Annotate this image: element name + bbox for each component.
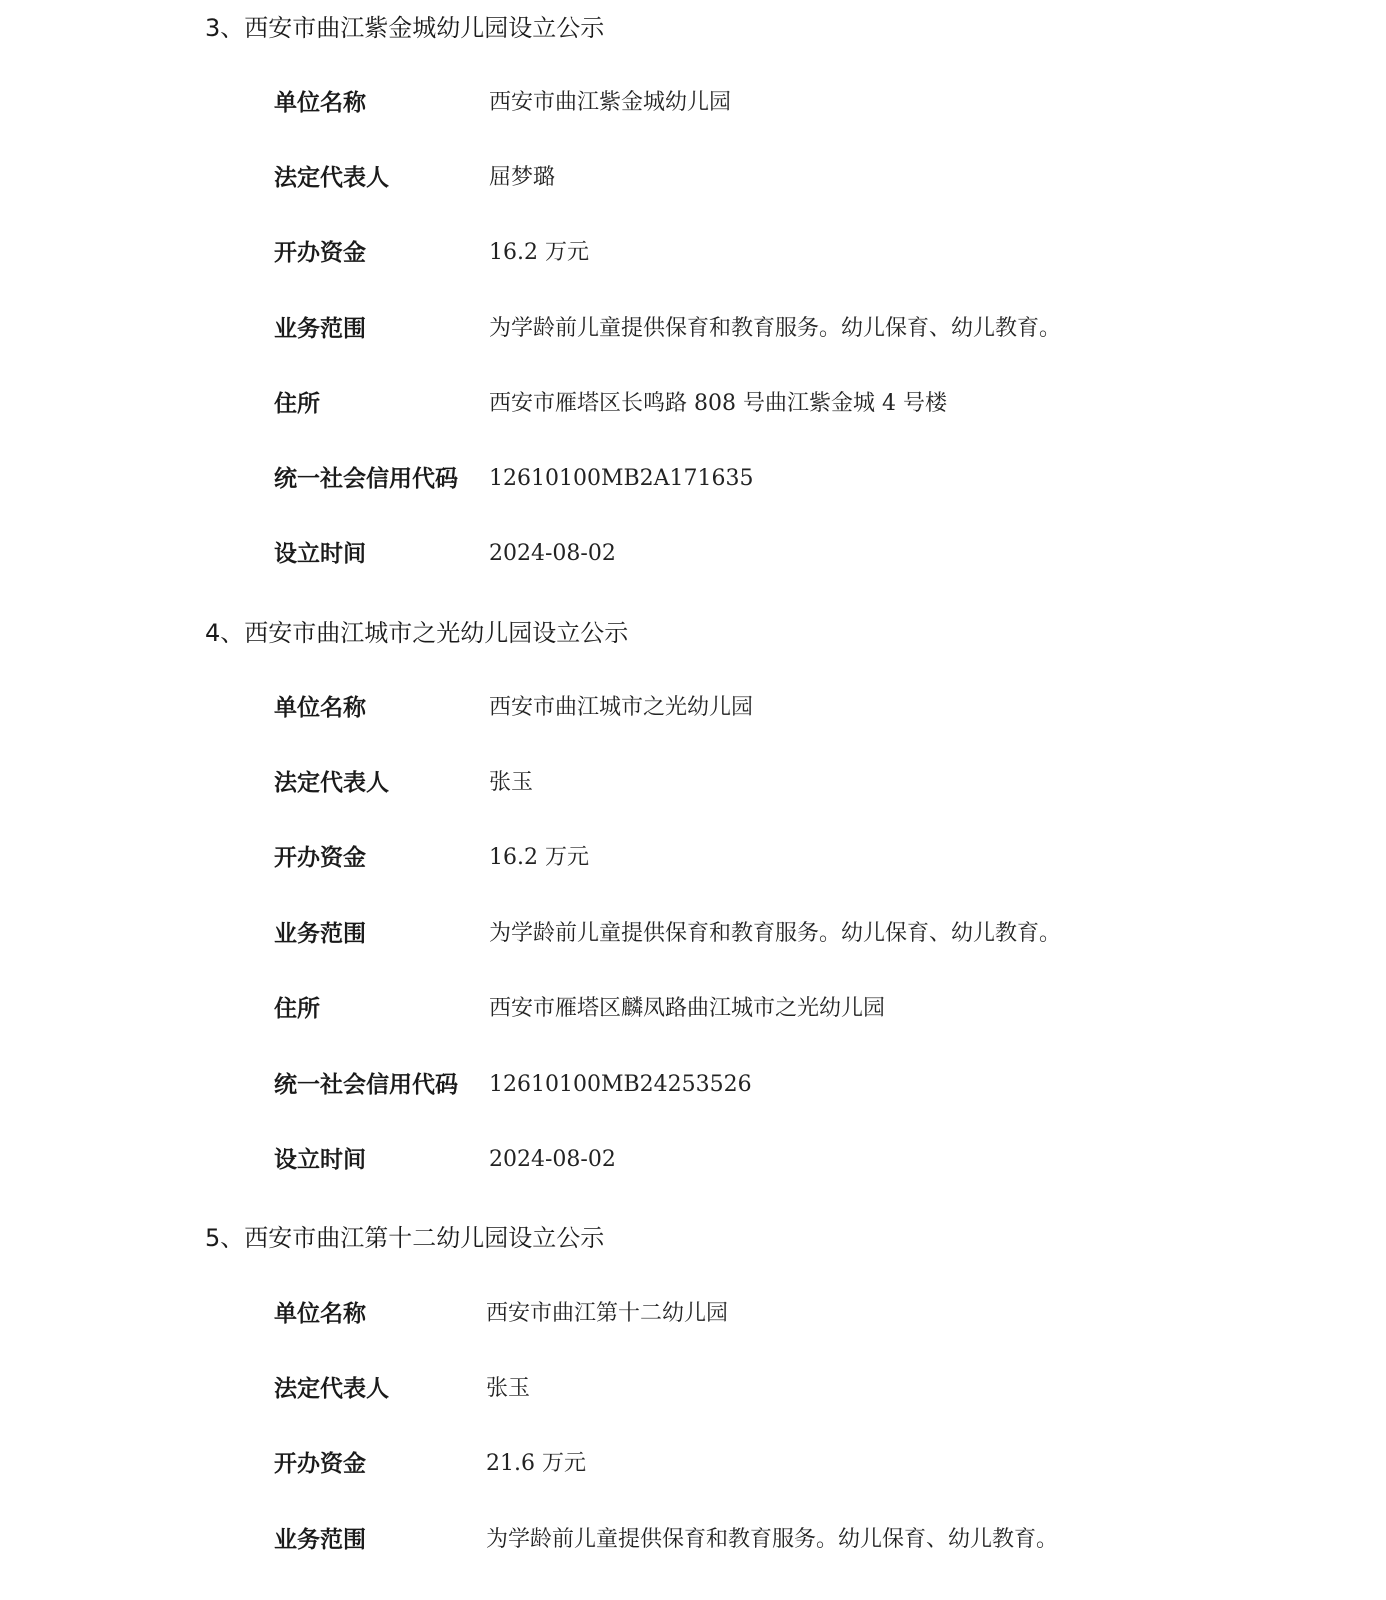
field-value: 为学龄前儿童提供保育和教育服务。幼儿保育、幼儿教育。 [489,314,1061,344]
field-value: 为学龄前儿童提供保育和教育服务。幼儿保育、幼儿教育。 [486,1525,1058,1555]
field-value: 21.6 万元 [486,1449,586,1479]
field-value: 2024-08-02 [489,1145,616,1175]
field-label: 开办资金 [274,843,366,873]
section-heading: 4、西安市曲江城市之光幼儿园设立公示 [205,618,628,648]
field-label: 业务范围 [274,919,366,949]
field-label: 统一社会信用代码 [274,1070,458,1100]
field-label: 住所 [274,389,320,419]
field-value: 张玉 [489,768,533,798]
field-label: 业务范围 [274,1525,366,1555]
field-value: 12610100MB2A171635 [489,464,754,494]
field-label: 单位名称 [274,693,366,723]
field-label: 开办资金 [274,1449,366,1479]
field-label: 单位名称 [274,88,366,118]
field-label: 单位名称 [274,1299,366,1329]
field-label: 设立时间 [274,1145,366,1175]
section-heading: 5、西安市曲江第十二幼儿园设立公示 [205,1223,604,1253]
field-label: 统一社会信用代码 [274,464,458,494]
field-value: 12610100MB24253526 [489,1070,752,1100]
field-value: 为学龄前儿童提供保育和教育服务。幼儿保育、幼儿教育。 [489,919,1061,949]
field-value: 西安市曲江第十二幼儿园 [486,1299,728,1329]
field-value: 西安市雁塔区长鸣路 808 号曲江紫金城 4 号楼 [489,389,947,419]
field-label: 法定代表人 [274,768,389,798]
field-label: 开办资金 [274,238,366,268]
field-label: 法定代表人 [274,163,389,193]
field-value: 16.2 万元 [489,238,589,268]
field-label: 设立时间 [274,539,366,569]
field-value: 屈梦璐 [489,163,555,193]
field-label: 法定代表人 [274,1374,389,1404]
field-label: 住所 [274,994,320,1024]
section-heading: 3、西安市曲江紫金城幼儿园设立公示 [205,13,604,43]
field-value: 2024-08-02 [489,539,616,569]
field-value: 16.2 万元 [489,843,589,873]
field-value: 张玉 [486,1374,530,1404]
field-value: 西安市雁塔区麟凤路曲江城市之光幼儿园 [489,994,885,1024]
field-value: 西安市曲江紫金城幼儿园 [489,88,731,118]
field-label: 业务范围 [274,314,366,344]
field-value: 西安市曲江城市之光幼儿园 [489,693,753,723]
